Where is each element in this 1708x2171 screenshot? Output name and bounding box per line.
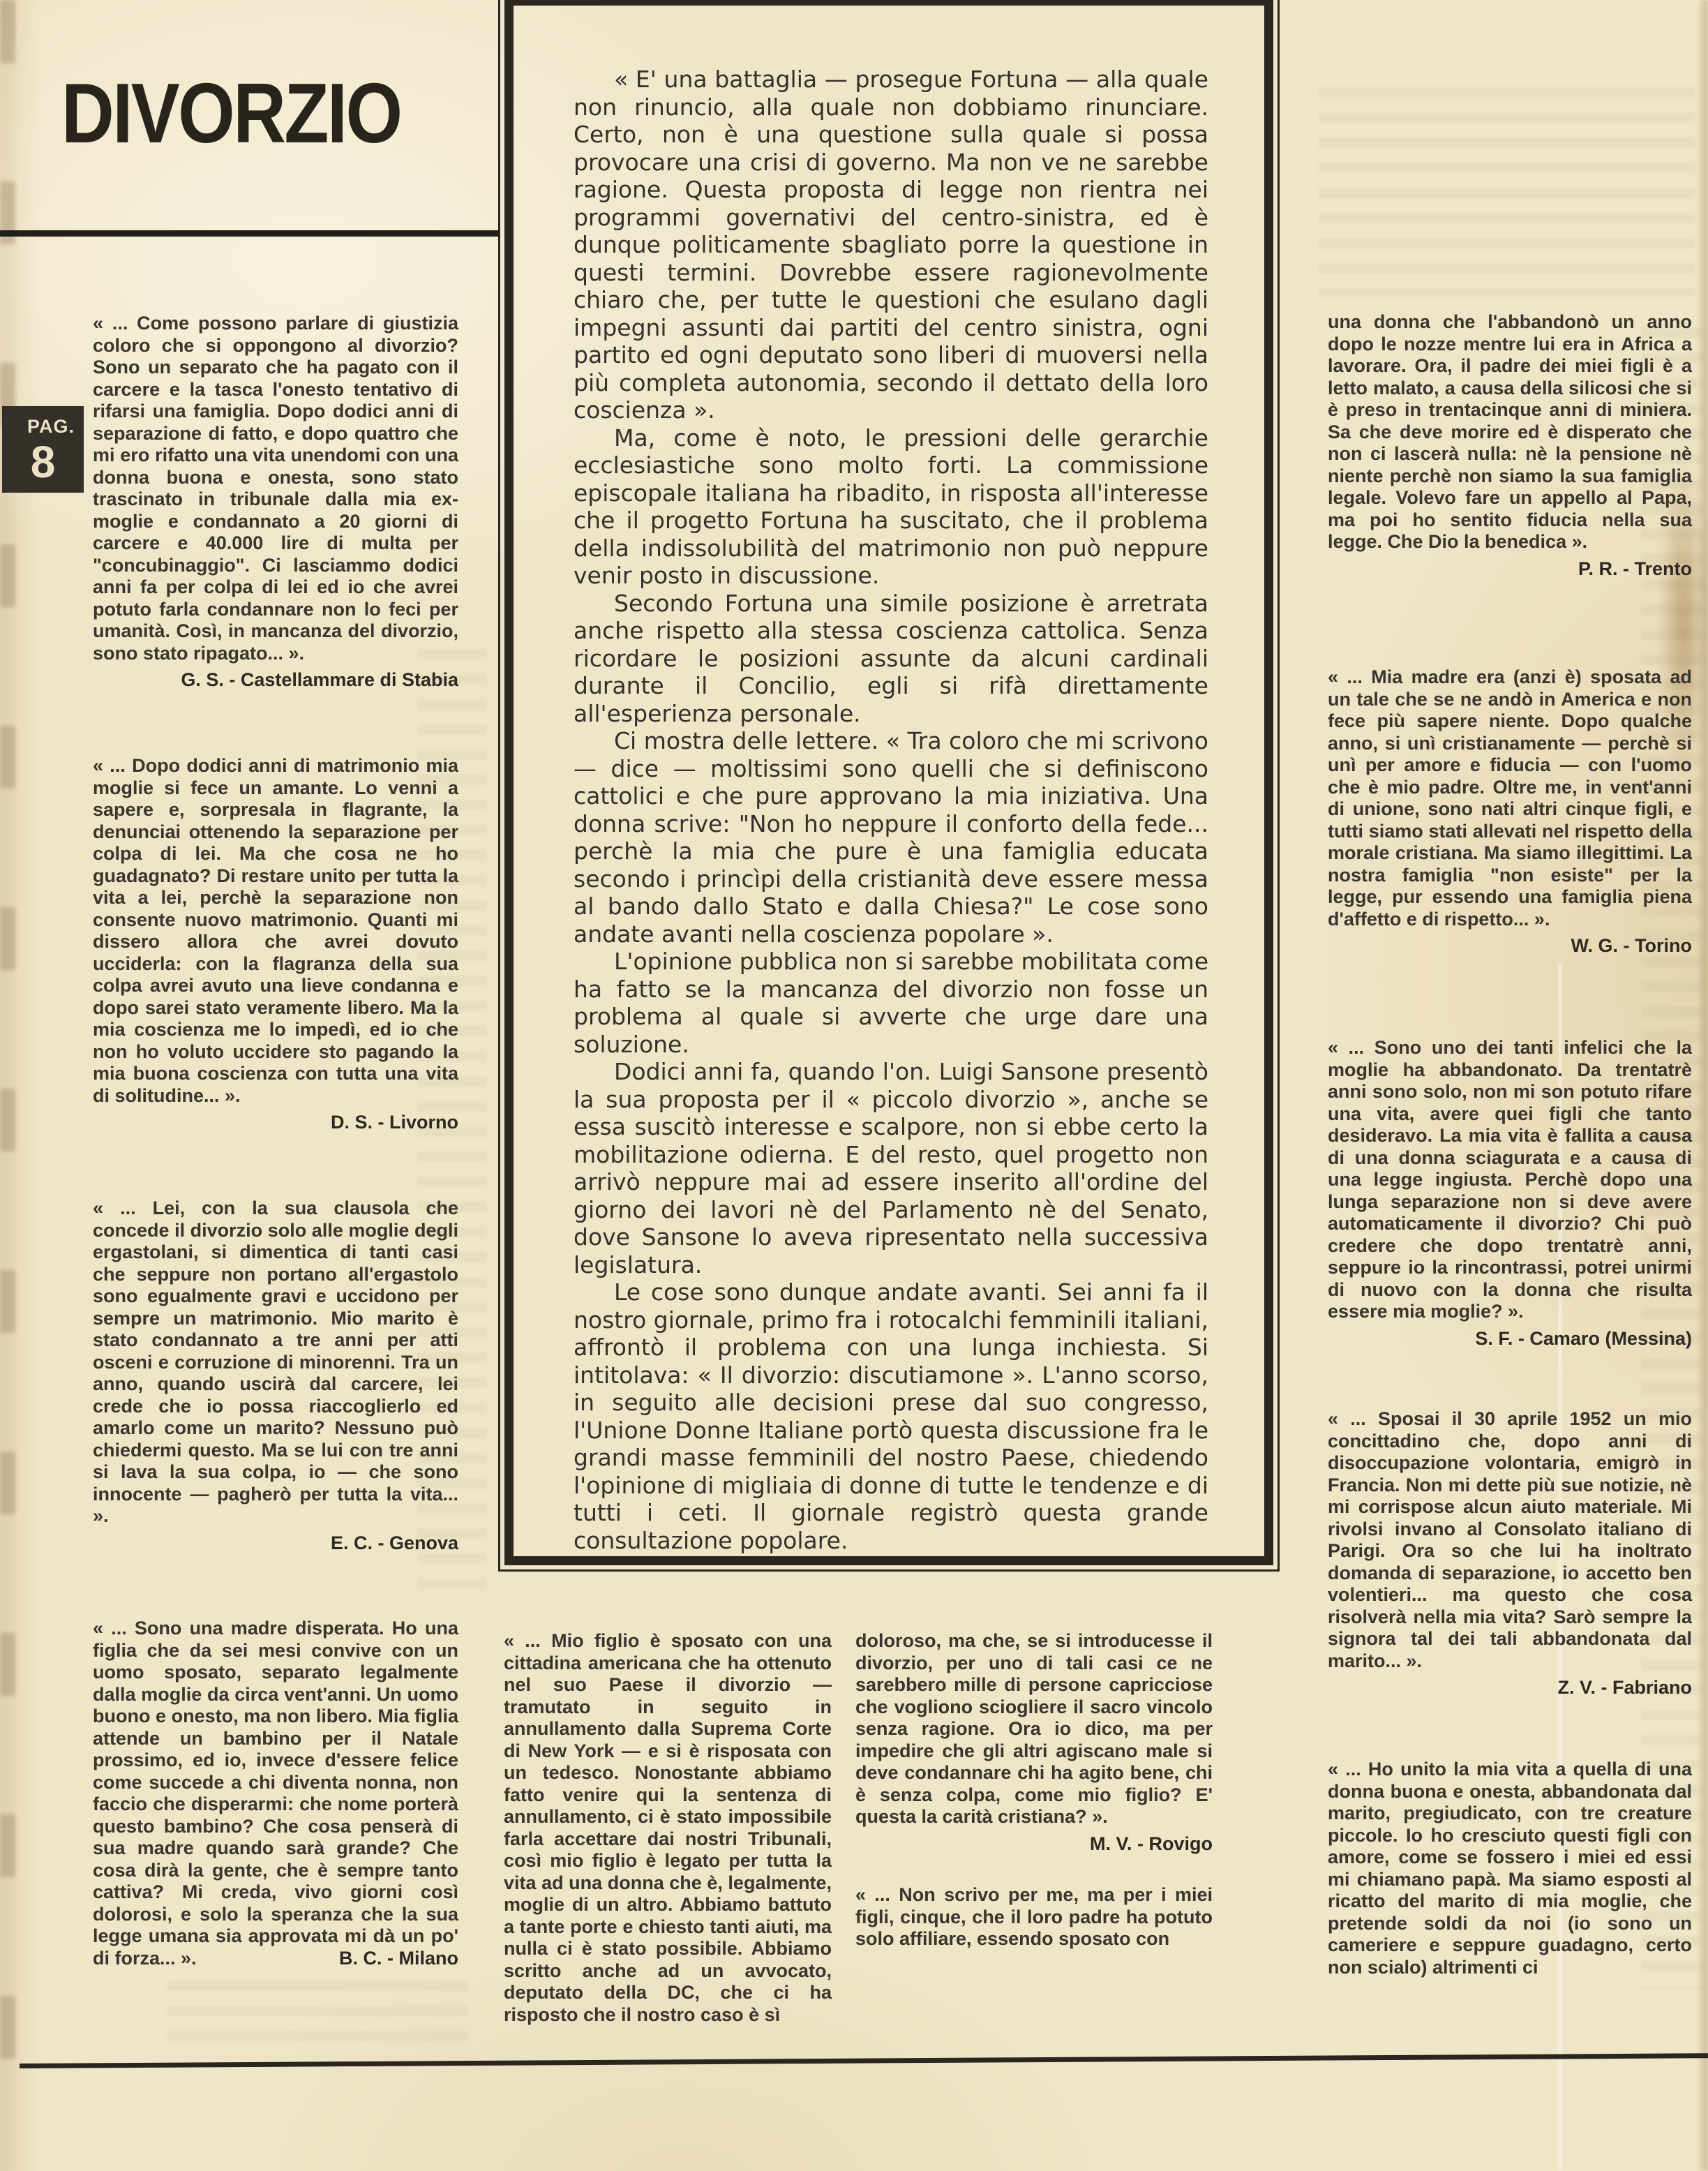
letter-signature: D. S. - Livorno [93,1112,458,1134]
letter-camaro-messina: « ... Sono uno dei tanti infelici che la… [1328,1037,1692,1350]
letter-genova: « ... Lei, con la sua clausola che conce… [93,1198,458,1554]
letter-milano: « ... Sono una madre disperata. Ho una f… [93,1618,458,1969]
letter-signature: E. C. - Genova [93,1532,458,1555]
ink-bleed-through-top-right [1319,87,1695,297]
editorial-paragraph: Ma, come è noto, le pressioni delle gera… [574,424,1208,590]
editorial-box-inner: « E' una battaglia — prosegue Fortuna — … [504,0,1273,1565]
letter-livorno: « ... Dopo dodici anni di matrimonio mia… [93,755,458,1134]
letter-text: « ... Lei, con la sua clausola che conce… [93,1198,458,1528]
ink-bleed-through-bottom-left [167,1980,467,2057]
editorial-paragraph: Secondo Fortuna una simile posizione è a… [574,590,1208,728]
letter-rovigo-part2: doloroso, ma che, se si introducesse il … [855,1630,1213,1950]
letter-text: « ... Dopo dodici anni di matrimonio mia… [93,755,458,1107]
letter-castellammare: « ... Come possono parlare di giustizia … [93,313,458,692]
letter-signature: S. F. - Camaro (Messina) [1328,1328,1692,1350]
letter-text: « ... Mia madre era (anzi è) sposata ad … [1328,666,1692,930]
letter-text: « ... Sono uno dei tanti infelici che la… [1328,1037,1692,1323]
title-rule [0,230,500,237]
badge-number: 8 [2,439,84,485]
editorial-paragraph: Le cose sono dunque andate avanti. Sei a… [574,1278,1208,1554]
letter-signature: G. S. - Castellammare di Stabia [93,669,458,692]
letter-text: doloroso, ma che, se si introducesse il … [855,1630,1213,1828]
letter-newyork-part1: « ... Mio figlio è sposato con una citta… [504,1630,832,2026]
page-title: DIVORZIO [61,64,400,162]
letter-text: « ... Sposai il 30 aprile 1952 un mio co… [1328,1408,1692,1672]
letter-text: « ... Come possono parlare di giustizia … [93,313,458,664]
letter-ho-unito: « ... Ho unito la mia vita a quella di u… [1328,1759,1692,1978]
letter-signature: Z. V. - Fabriano [1328,1677,1692,1699]
page-number-badge: PAG. 8 [2,406,84,493]
letter-text: una donna che l'abbandonò un anno dopo l… [1328,311,1692,553]
scan-edge-shadow-left [0,0,15,2171]
letter-text: « ... Sono una madre disperata. Ho una f… [93,1618,458,1969]
magazine-page-scan: DIVORZIO PAG. 8 « ... Come possono parla… [0,0,1708,2171]
badge-label: PAG. [2,406,84,438]
editorial-paragraph: Oggi, si torna a discutere della cosa. E… [574,1554,1208,1565]
letter-text: « ... Ho unito la mia vita a quella di u… [1328,1759,1692,1978]
letter-fabriano: « ... Sposai il 30 aprile 1952 un mio co… [1328,1408,1692,1699]
letter-trento: una donna che l'abbandonò un anno dopo l… [1328,311,1692,580]
letter-text: « ... Non scrivo per me, ma per i miei f… [855,1884,1213,1950]
letter-signature: W. G. - Torino [1328,935,1692,957]
letter-signature: M. V. - Rovigo [855,1833,1213,1856]
editorial-paragraph: Ci mostra delle lettere. « Tra coloro ch… [574,727,1208,948]
letter-torino: « ... Mia madre era (anzi è) sposata ad … [1328,666,1692,957]
letter-text: « ... Mio figlio è sposato con una citta… [504,1630,832,2026]
editorial-paragraph: « E' una battaglia — prosegue Fortuna — … [574,66,1208,424]
editorial-paragraph: Dodici anni fa, quando l'on. Luigi Sanso… [574,1058,1208,1278]
letter-signature: P. R. - Trento [1328,558,1692,581]
editorial-box: « E' una battaglia — prosegue Fortuna — … [498,0,1280,1572]
editorial-paragraph: L'opinione pubblica non si sarebbe mobil… [574,948,1208,1058]
